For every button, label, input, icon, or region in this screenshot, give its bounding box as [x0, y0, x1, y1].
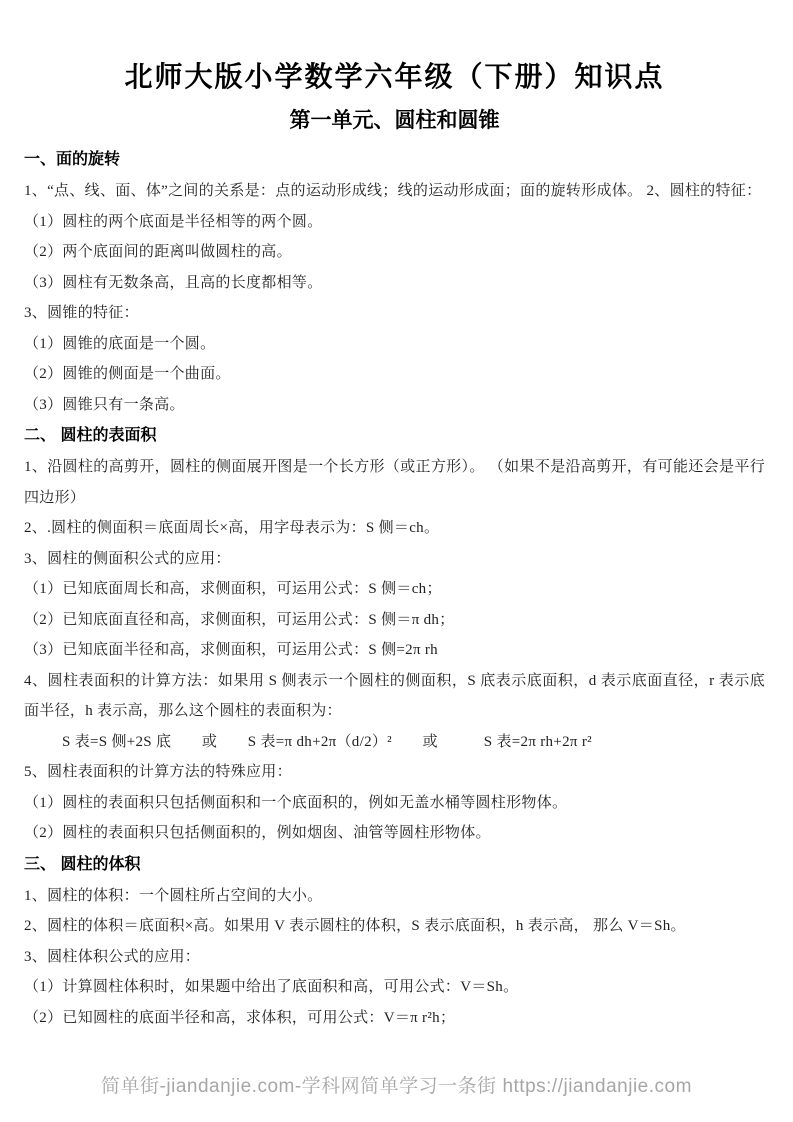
text-line: （1）圆柱的表面积只包括侧面积和一个底面积的，例如无盖水桶等圆柱形物体。: [24, 788, 765, 819]
text-line: 3、圆柱的侧面积公式的应用：: [24, 544, 765, 575]
text-line: 1、“点、线、面、体”之间的关系是：点的运动形成线；线的运动形成面；面的旋转形成…: [24, 176, 765, 207]
text-line: （3）圆锥只有一条高。: [24, 390, 765, 421]
text-line: （2）已知底面直径和高，求侧面积，可运用公式：S 侧＝π dh；: [24, 605, 765, 636]
text-line: （1）已知底面周长和高，求侧面积，可运用公式：S 侧＝ch；: [24, 574, 765, 605]
section-heading: 一、面的旋转: [24, 144, 765, 176]
text-line: （2）已知圆柱的底面半径和高，求体积，可用公式：V＝π r²h；: [24, 1003, 765, 1034]
document-page: 北师大版小学数学六年级（下册）知识点 第一单元、圆柱和圆锥 一、面的旋转1、“点…: [0, 0, 793, 1122]
text-line: （2）两个底面间的距离叫做圆柱的高。: [24, 237, 765, 268]
section-heading: 二、 圆柱的表面积: [24, 420, 765, 452]
text-line: （2）圆锥的侧面是一个曲面。: [24, 359, 765, 390]
text-line: 5、圆柱表面积的计算方法的特殊应用：: [24, 757, 765, 788]
text-line: （1）计算圆柱体积时，如果题中给出了底面积和高，可用公式：V＝Sh。: [24, 972, 765, 1003]
text-line: （1）圆柱的两个底面是半径相等的两个圆。: [24, 207, 765, 238]
formula-line: S 表=S 侧+2S 底 或 S 表=π dh+2π（d/2）² 或 S 表=2…: [24, 727, 765, 758]
text-line: （1）圆锥的底面是一个圆。: [24, 329, 765, 360]
text-line: 1、圆柱的体积：一个圆柱所占空间的大小。: [24, 881, 765, 912]
text-line: 2、圆柱的体积＝底面积×高。如果用 V 表示圆柱的体积，S 表示底面积，h 表示…: [24, 911, 765, 942]
text-line: （2）圆柱的表面积只包括侧面积的，例如烟囱、油管等圆柱形物体。: [24, 818, 765, 849]
text-line: 1、沿圆柱的高剪开，圆柱的侧面展开图是一个长方形（或正方形）。 （如果不是沿高剪…: [24, 452, 765, 513]
text-line: 2、.圆柱的侧面积＝底面周长×高，用字母表示为：S 侧＝ch。: [24, 513, 765, 544]
document-body: 一、面的旋转1、“点、线、面、体”之间的关系是：点的运动形成线；线的运动形成面；…: [24, 144, 765, 1033]
text-line: 4、圆柱表面积的计算方法：如果用 S 侧表示一个圆柱的侧面积，S 底表示底面积，…: [24, 666, 765, 727]
text-line: 3、圆锥的特征：: [24, 298, 765, 329]
footer-watermark: 简单街-jiandanjie.com-学科网简单学习一条街 https://ji…: [0, 1071, 793, 1098]
page-title: 北师大版小学数学六年级（下册）知识点: [24, 58, 765, 98]
text-line: （3）已知底面半径和高，求侧面积，可运用公式：S 侧=2π rh: [24, 635, 765, 666]
text-line: （3）圆柱有无数条高，且高的长度都相等。: [24, 268, 765, 299]
section-heading: 三、 圆柱的体积: [24, 849, 765, 881]
text-line: 3、圆柱体积公式的应用：: [24, 942, 765, 973]
page-subtitle: 第一单元、圆柱和圆锥: [24, 106, 765, 136]
